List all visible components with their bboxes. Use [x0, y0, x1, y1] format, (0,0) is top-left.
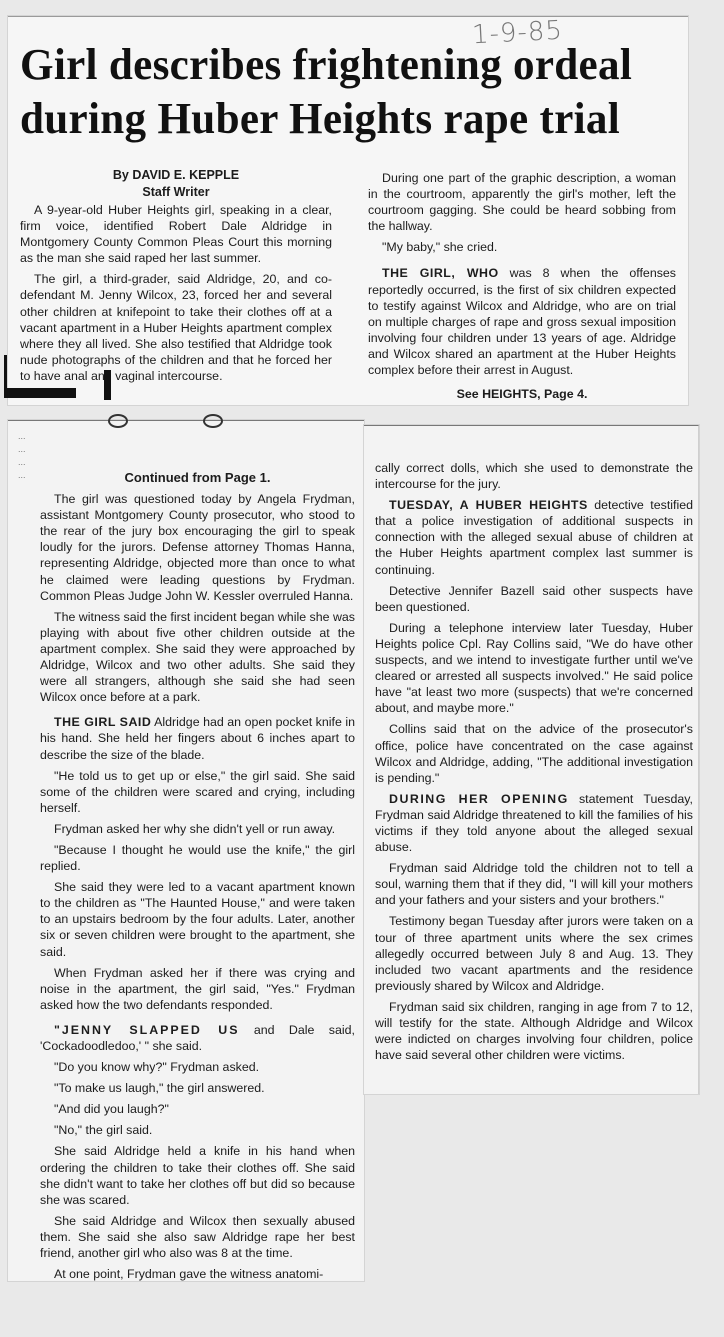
- lead-in: THE GIRL SAID: [54, 715, 151, 729]
- headline: Girl describes frightening ordeal during…: [20, 38, 667, 146]
- byline-role: Staff Writer: [20, 185, 332, 200]
- paragraph: "No," the girl said.: [40, 1122, 355, 1138]
- article-column-2: During one part of the graphic descripti…: [368, 170, 676, 407]
- paragraph: "JENNY SLAPPED US and Dale said, 'Cockad…: [40, 1022, 355, 1054]
- paragraph: TUESDAY, A HUBER HEIGHTS detective testi…: [375, 497, 693, 577]
- scan-artifact: [4, 388, 76, 398]
- circle-mark: [108, 414, 128, 428]
- paragraph: During a telephone interview later Tuesd…: [375, 620, 693, 717]
- paragraph: She said Aldridge and Wilcox then sexual…: [40, 1213, 355, 1261]
- paragraph: During one part of the graphic descripti…: [368, 170, 676, 234]
- continued-line: Continued from Page 1.: [40, 470, 355, 486]
- paragraph: "And did you laugh?": [40, 1101, 355, 1117]
- article-column-3: Continued from Page 1. The girl was ques…: [40, 470, 355, 1287]
- scan-artifact: [4, 355, 7, 395]
- paragraph: THE GIRL SAID Aldridge had an open pocke…: [40, 714, 355, 762]
- paragraph: Collins said that on the advice of the p…: [375, 721, 693, 785]
- article-column-4: cally correct dolls, which she used to d…: [375, 460, 693, 1068]
- paragraph: THE GIRL, WHO was 8 when the offenses re…: [368, 265, 676, 378]
- paragraph: When Frydman asked her if there was cryi…: [40, 965, 355, 1013]
- paragraph: Frydman asked her why she didn't yell or…: [40, 821, 355, 837]
- paragraph: "Do you know why?" Frydman asked.: [40, 1059, 355, 1075]
- paragraph: "My baby," she cried.: [368, 239, 676, 255]
- paragraph: Frydman said Aldridge told the children …: [375, 860, 693, 908]
- article-column-1: By DAVID E. KEPPLE Staff Writer A 9-year…: [20, 168, 332, 389]
- paragraph: cally correct dolls, which she used to d…: [375, 460, 693, 492]
- paragraph: She said Aldridge held a knife in his ha…: [40, 1143, 355, 1207]
- lead-in: "JENNY SLAPPED US: [54, 1023, 239, 1037]
- paragraph: "He told us to get up or else," the girl…: [40, 768, 355, 816]
- scan-artifact: [104, 370, 111, 400]
- paragraph: She said they were led to a vacant apart…: [40, 879, 355, 959]
- paragraph: A 9-year-old Huber Heights girl, speakin…: [20, 202, 332, 266]
- paragraph: "To make us laugh," the girl answered.: [40, 1080, 355, 1096]
- paragraph: DURING HER OPENING statement Tuesday, Fr…: [375, 791, 693, 855]
- paragraph: "Because I thought he would use the knif…: [40, 842, 355, 874]
- paragraph: Testimony began Tuesday after jurors wer…: [375, 913, 693, 993]
- lead-in: DURING HER OPENING: [389, 792, 569, 806]
- jump-line: See HEIGHTS, Page 4.: [368, 386, 676, 402]
- lead-in: TUESDAY, A HUBER HEIGHTS: [389, 498, 588, 512]
- paragraph: Frydman said six children, ranging in ag…: [375, 999, 693, 1063]
- bleed-through-text: ............: [18, 430, 26, 482]
- paragraph-text: was 8 when the offenses reportedly occur…: [368, 266, 676, 377]
- paragraph: The witness said the first incident bega…: [40, 609, 355, 706]
- paragraph: The girl, a third-grader, said Aldridge,…: [20, 271, 332, 384]
- paragraph: At one point, Frydman gave the witness a…: [40, 1266, 355, 1282]
- byline: By DAVID E. KEPPLE: [20, 168, 332, 183]
- paragraph: The girl was questioned today by Angela …: [40, 491, 355, 604]
- lead-in: THE GIRL, WHO: [382, 266, 499, 280]
- paragraph: Detective Jennifer Bazell said other sus…: [375, 583, 693, 615]
- circle-mark: [203, 414, 223, 428]
